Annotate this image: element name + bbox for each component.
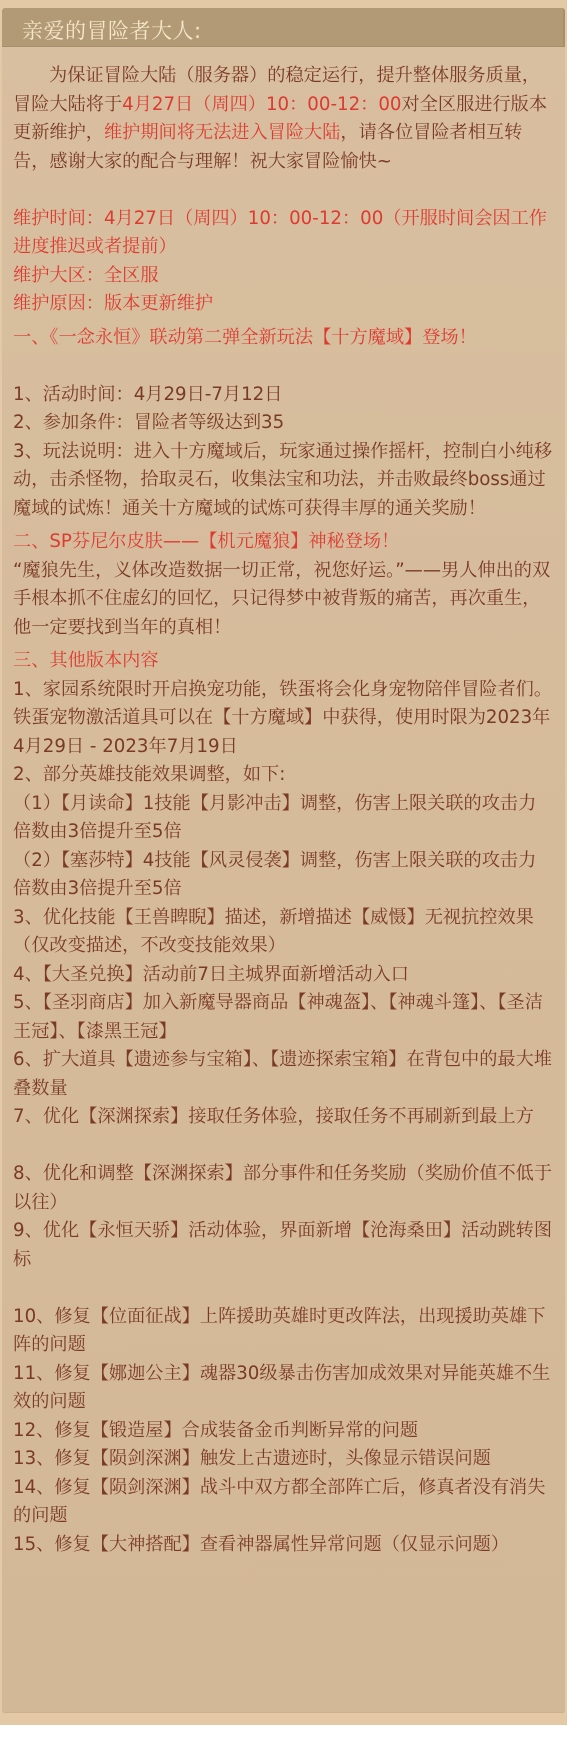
maintenance-region: 维护大区：全区服 [13, 262, 553, 291]
list-item: 4、【大圣兑换】活动前7日主城界面新增活动入口 [13, 961, 553, 990]
intro-paragraph: 为保证冒险大陆（服务器）的稳定运行，提升整体服务质量，冒险大陆将于4月27日（周… [13, 62, 553, 176]
section-title: 二、SP芬尼尔皮肤——【机元魔狼】神秘登场！ [13, 528, 553, 557]
list-item: 6、扩大道具【遗迹参与宝箱】、【遗迹探索宝箱】在背包中的最大堆叠数量 [13, 1046, 553, 1103]
list-item: 15、修复【大神搭配】查看神器属性异常问题（仅显示问题） [13, 1531, 553, 1560]
maintenance-warning-highlight: 维护期间将无法进入冒险大陆 [104, 122, 340, 143]
announcement-content: 为保证冒险大陆（服务器）的稳定运行，提升整体服务质量，冒险大陆将于4月27日（周… [13, 48, 553, 1559]
list-item: （1）【月读命】1技能【月影冲击】调整，伤害上限关联的攻击力倍数由3倍提升至5倍 [13, 790, 553, 847]
list-item: 10、修复【位面征战】上阵援助英雄时更改阵法，出现援助英雄下阵的问题 [13, 1303, 553, 1360]
list-item: 9、优化【永恒天骄】活动体验，界面新增【沧海桑田】活动跳转图标 [13, 1217, 553, 1274]
list-item: 2、部分英雄技能效果调整，如下: [13, 761, 553, 790]
list-item: 2、参加条件：冒险者等级达到35 [13, 409, 553, 438]
list-item: 12、修复【锻造屋】合成装备金币判断异常的问题 [13, 1417, 553, 1446]
announcement-panel: 亲爱的冒险者大人: 为保证冒险大陆（服务器）的稳定运行，提升整体服务质量，冒险大… [2, 8, 565, 1713]
list-item: “魔狼先生，义体改造数据一切正常，祝您好运。”——男人伸出的双手根本抓不住虚幻的… [13, 557, 553, 643]
section-title: 三、其他版本内容 [13, 647, 553, 676]
list-item: 14、修复【陨剑深渊】战斗中双方都全部阵亡后，修真者没有消失的问题 [13, 1474, 553, 1531]
list-item: 13、修复【陨剑深渊】触发上古遗迹时，头像显示错误问题 [13, 1445, 553, 1474]
list-item: 7、优化【深渊探索】接取任务体验，接取任务不再刷新到最上方 [13, 1103, 553, 1132]
announcement-header: 亲爱的冒险者大人: [2, 8, 565, 47]
list-item: （2）【塞莎特】4技能【风灵侵袭】调整，伤害上限关联的攻击力倍数由3倍提升至5倍 [13, 847, 553, 904]
list-item: 3、玩法说明：进入十方魔域后，玩家通过操作摇杆，控制白小纯移动，击杀怪物，拾取灵… [13, 438, 553, 524]
list-item: 1、活动时间：4月29日-7月12日 [13, 381, 553, 410]
list-item: 5、【圣羽商店】加入新魔导器商品【神魂盔】、【神魂斗篷】、【圣洁王冠】、【漆黑王… [13, 989, 553, 1046]
list-item: 11、修复【娜迦公主】魂器30级暴击伤害加成效果对异能英雄不生效的问题 [13, 1360, 553, 1417]
maintenance-time: 维护时间：4月27日（周四）10：00-12：00（开服时间会因工作进度推迟或者… [13, 205, 553, 262]
section-title: 一、《一念永恒》联动第二弹全新玩法【十方魔域】登场！ [13, 324, 553, 353]
list-item: 8、优化和调整【深渊探索】部分事件和任务奖励（奖励价值不低于以往） [13, 1160, 553, 1217]
maintenance-reason: 维护原因：版本更新维护 [13, 290, 553, 319]
list-item: 1、家园系统限时开启换宠功能，铁蛋将会化身宠物陪伴冒险者们。铁蛋宠物激活道具可以… [13, 676, 553, 762]
announcement-frame: 亲爱的冒险者大人: 为保证冒险大陆（服务器）的稳定运行，提升整体服务质量，冒险大… [0, 0, 567, 1725]
greeting-title: 亲爱的冒险者大人: [22, 15, 202, 45]
maintenance-time-highlight: 4月27日（周四）10：00-12：00 [122, 94, 401, 115]
list-item: 3、优化技能【王兽睥睨】描述，新增描述【威慑】无视抗控效果（仅改变描述，不改变技… [13, 904, 553, 961]
